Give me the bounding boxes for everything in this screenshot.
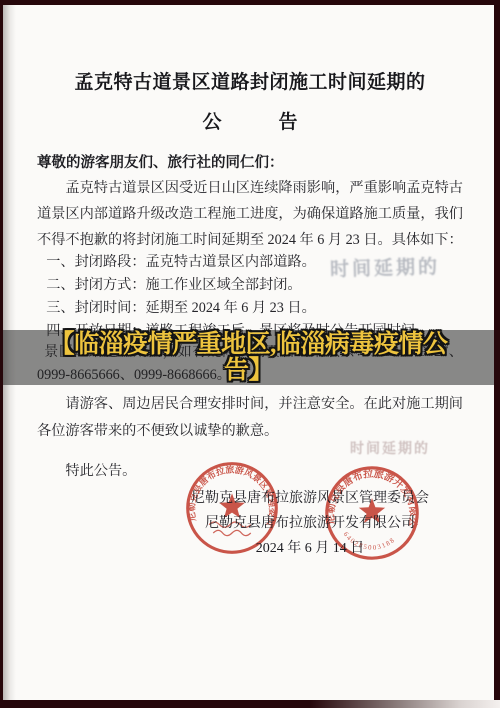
document-body: 孟克特古道景区道路封闭施工时间延期的 公 告 尊敬的游客朋友们、旅行社的同仁们：… [37,5,463,483]
caption-overlay-line2: 告】 [224,358,273,384]
document-title-line2: 公 告 [37,111,463,135]
caption-overlay-band: 【临淄疫情严重地区,临淄病毒疫情公 告】 [3,330,494,385]
signature-date: 2024 年 6 月 14 日 [150,536,470,561]
list-item-road-section: 一、封闭路段：孟克特古道景区内部道路。 [37,251,463,274]
scanned-announcement-page: 孟克特古道景区道路封闭施工时间延期的 公 告 尊敬的游客朋友们、旅行社的同仁们：… [0,0,500,708]
scan-frame-left [0,0,3,708]
scan-frame-right [494,0,500,708]
document-title-line1: 孟克特古道景区道路封闭施工时间延期的 [37,71,463,95]
list-item-closure-method: 二、封闭方式：施工作业区域全部封闭。 [37,274,463,297]
scan-frame-top [0,0,500,5]
scan-frame-bottom [0,700,500,708]
signature-block: 尼勒克县唐布拉旅游风景区管理委员会 尼勒克县唐布拉旅游开发有限公司 2024 年… [150,486,470,561]
list-item-closure-time: 三、封闭时间：延期至 2024 年 6 月 23 日。 [37,297,463,320]
signature-org1: 尼勒克县唐布拉旅游风景区管理委员会 [150,486,470,511]
caption-overlay-line1: 【临淄疫情严重地区,临淄病毒疫情公 [50,332,448,358]
intro-paragraph: 孟克特古道景区因受近日山区连续降雨影响，严重影响孟克特古道景区内部道路升级改造工… [37,175,463,253]
signature-org2: 尼勒克县唐布拉旅游开发有限公司 [150,511,470,536]
salutation: 尊敬的游客朋友们、旅行社的同仁们： [37,151,463,175]
apology-paragraph: 请游客、周边居民合理安排时间，并注意安全。在此对施工期间各位游客带来的不便致以诚… [37,391,463,445]
